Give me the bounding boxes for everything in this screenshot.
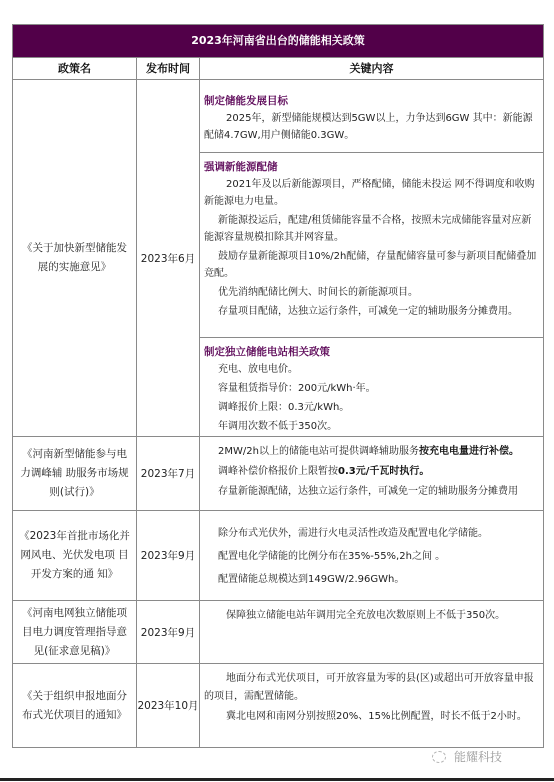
content-paragraph: 冀北电网和南网分别按照20%、15%比例配置，时长不低于2小时。: [204, 708, 539, 726]
policy-date: 2023年10月: [137, 664, 200, 747]
content-paragraph: 地面分布式光伏项目，可开放容量为零的县(区)或超出可开放容量申报的项目，需配置储…: [204, 670, 539, 706]
header-date: 发布时间: [137, 58, 200, 79]
bottom-divider: [0, 778, 554, 781]
content-paragraph: 鼓励存量新能源项目10%/2h配储，存量配储容量可参与新项目配储叠加竞配。: [204, 248, 539, 282]
section-title: 制定独立储能电站相关政策: [204, 343, 539, 361]
content-paragraph: 年调用次数不低于350次。: [204, 418, 539, 435]
policy-date: 2023年6月: [137, 80, 200, 436]
policy-date: 2023年7月: [137, 437, 200, 510]
section-title: 制定储能发展目标: [204, 92, 539, 110]
content-paragraph: 调峰补偿价格报价上限暂按0.3元/千瓦时执行。: [204, 463, 539, 481]
content-section: 制定独立储能电站相关政策 充电、放电电价。 容量租赁指导价：200元/kWh·年…: [200, 337, 543, 439]
content-paragraph: 新能源投运后，配建/租赁储能容量不合格，按照未完成储能容量对应新能源容量规模扣除…: [204, 212, 539, 246]
content-paragraph: 充电、放电电价。: [204, 361, 539, 378]
content-paragraph: 配置储能总规模达到149GW/2.96GWh。: [204, 571, 539, 589]
policy-name: 《河南电网独立储能项目电力调度管理指导意见(征求意见稿)》: [13, 601, 137, 663]
table-row: 《关于加快新型储能发展的实施意见》 2023年6月 制定储能发展目标 2025年…: [13, 79, 543, 436]
content-paragraph: 除分布式光伏外，需进行火电灵活性改造及配置电化学储能。: [204, 525, 539, 543]
content-paragraph: 保障独立储能电站年调用完全充放电次数原则上不低于350次。: [204, 607, 539, 625]
table-title: 2023年河南省出台的储能相关政策: [13, 25, 543, 57]
policy-name: 《关于加快新型储能发展的实施意见》: [13, 80, 137, 436]
policy-date: 2023年9月: [137, 601, 200, 663]
content-paragraph: 配置电化学储能的比例分布在35%-55%,2h之间 。: [204, 548, 539, 566]
content-paragraph: 优先消纳配储比例大、时间长的新能源项目。: [204, 284, 539, 301]
policy-name: 《河南新型储能参与电力调峰辅 助服务市场规则(试行)》: [13, 437, 137, 510]
table-row: 《关于组织申报地面分布式光伏项目的通知》 2023年10月 地面分布式光伏项目，…: [13, 663, 543, 747]
policy-content: 保障独立储能电站年调用完全充放电次数原则上不低于350次。: [200, 601, 543, 663]
policy-name: 《关于组织申报地面分布式光伏项目的通知》: [13, 664, 137, 747]
content-paragraph: 2021年及以后新能源项目，严格配储，储能未投运 网不得调度和收购新能源电力电量…: [204, 176, 539, 210]
section-title: 强调新能源配储: [204, 158, 539, 176]
content-section: 强调新能源配储 2021年及以后新能源项目，严格配储，储能未投运 网不得调度和收…: [200, 152, 543, 337]
policy-content: 除分布式光伏外，需进行火电灵活性改造及配置电化学储能。 配置电化学储能的比例分布…: [200, 511, 543, 600]
emphasis-text: 0.3元/千瓦时执行。: [338, 466, 429, 477]
watermark-text: 能耀科技: [454, 748, 502, 765]
table-header-row: 政策名 发布时间 关键内容: [13, 57, 543, 79]
content-paragraph: 存量项目配储，达独立运行条件，可减免一定的辅助服务分摊费用。: [204, 303, 539, 320]
policy-content: 地面分布式光伏项目，可开放容量为零的县(区)或超出可开放容量申报的项目，需配置储…: [200, 664, 543, 747]
content-paragraph: 容量租赁指导价：200元/kWh·年。: [204, 380, 539, 397]
header-content: 关键内容: [200, 58, 543, 79]
table-row: 《2023年首批市场化并网风电、光伏发电项 目开发方案的通 知》 2023年9月…: [13, 510, 543, 600]
table-row: 《河南电网独立储能项目电力调度管理指导意见(征求意见稿)》 2023年9月 保障…: [13, 600, 543, 663]
watermark: 能耀科技: [432, 748, 502, 765]
policy-table: 2023年河南省出台的储能相关政策 政策名 发布时间 关键内容 《关于加快新型储…: [12, 24, 544, 748]
policy-content: 2MW/2h以上的储能电站可提供调峰辅助服务按充电电量进行补偿。 调峰补偿价格报…: [200, 437, 543, 510]
policy-date: 2023年9月: [137, 511, 200, 600]
table-row: 《河南新型储能参与电力调峰辅 助服务市场规则(试行)》 2023年7月 2MW/…: [13, 436, 543, 510]
content-section: 制定储能发展目标 2025年，新型储能规模达到5GW以上，力争达到6GW 其中：…: [200, 80, 543, 152]
header-policy-name: 政策名: [13, 58, 137, 79]
content-paragraph: 2MW/2h以上的储能电站可提供调峰辅助服务按充电电量进行补偿。: [204, 443, 539, 461]
policy-name: 《2023年首批市场化并网风电、光伏发电项 目开发方案的通 知》: [13, 511, 137, 600]
policy-content: 制定储能发展目标 2025年，新型储能规模达到5GW以上，力争达到6GW 其中：…: [200, 80, 543, 436]
wechat-icon: [432, 751, 446, 763]
emphasis-text: 按充电电量进行补偿。: [419, 446, 519, 457]
content-paragraph: 调峰报价上限：0.3元/kWh。: [204, 399, 539, 416]
content-paragraph: 2025年，新型储能规模达到5GW以上，力争达到6GW 其中：新能源配储4.7G…: [204, 110, 539, 144]
content-paragraph: 存量新能源配储，达独立运行条件，可减免一定的辅助服务分摊费用: [204, 483, 539, 501]
